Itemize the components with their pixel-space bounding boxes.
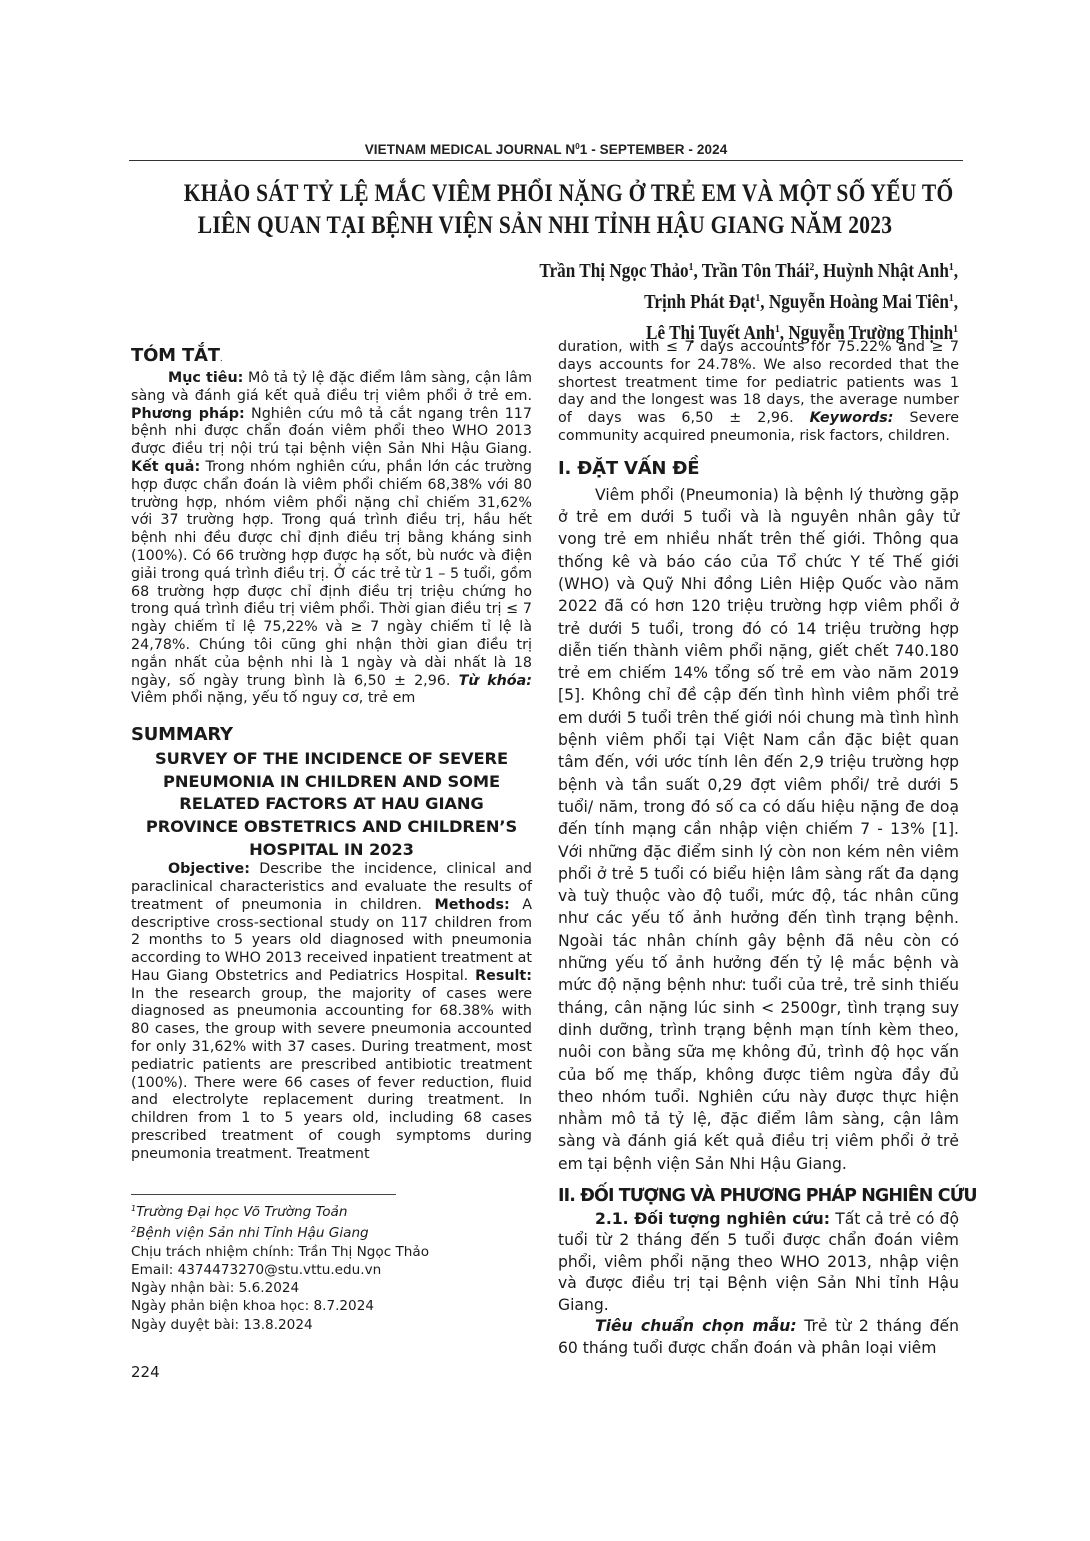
journal-running-header: VIETNAM MEDICAL JOURNAL N01 - SEPTEMBER … <box>129 142 963 157</box>
summary-heading: SUMMARY <box>131 724 532 746</box>
author-name: Huỳnh Nhật Anh <box>823 261 949 282</box>
received-date: Ngày nhận bài: 5.6.2024 <box>131 1279 531 1297</box>
results-text-en: In the research group, the majority of c… <box>131 986 532 1162</box>
english-title-line: RELATED FACTORS AT HAU GIANG <box>131 793 532 816</box>
footnote-rule <box>131 1194 396 1195</box>
author-name: Trịnh Phát Đạt <box>644 292 755 313</box>
author-list: Trần Thị Ngọc Thảo1, Trần Tôn Thái2, Huỳ… <box>358 254 958 347</box>
author-name: Trần Tôn Thái <box>702 261 810 282</box>
english-title-line: SURVEY OF THE INCIDENCE OF SEVERE <box>131 748 532 771</box>
article-title-line-2: LIÊN QUAN TẠI BỆNH VIỆN SẢN NHI TỈNH HẬU… <box>184 210 906 242</box>
author-line-1: Trần Thị Ngọc Thảo1, Trần Tôn Thái2, Huỳ… <box>430 254 958 285</box>
section-1-heading: I. ĐẶT VẤN ĐỀ <box>558 458 959 480</box>
selection-criteria-paragraph: Tiêu chuẩn chọn mẫu: Trẻ từ 2 tháng đến … <box>558 1316 959 1359</box>
english-title-line: PNEUMONIA IN CHILDREN AND SOME <box>131 771 532 794</box>
english-title-line: PROVINCE OBSTETRICS AND CHILDREN’S <box>131 816 532 839</box>
selection-criteria-label: Tiêu chuẩn chọn mẫu: <box>595 1317 797 1335</box>
tom-tat-heading: TÓM TẮT. <box>131 345 532 370</box>
methods-label-vi: Phương pháp: <box>131 406 245 422</box>
journal-page: VIETNAM MEDICAL JOURNAL N01 - SEPTEMBER … <box>0 0 1090 1541</box>
affiliation-2: 2Bệnh viện Sản nhi Tỉnh Hậu Giang <box>131 1221 531 1242</box>
objective-label-en: Objective: <box>168 861 250 877</box>
author-separator: , <box>814 261 823 282</box>
english-title: SURVEY OF THE INCIDENCE OF SEVERE PNEUMO… <box>131 748 532 861</box>
accepted-date: Ngày duyệt bài: 13.8.2024 <box>131 1316 531 1334</box>
right-column: duration, with ≤ 7 days accounts for 75.… <box>558 339 959 1359</box>
left-column: TÓM TẮT. Mục tiêu: Mô tả tỷ lệ đặc điểm … <box>131 345 532 1164</box>
methods-label-en: Methods: <box>434 897 509 913</box>
corresponding-author: Chịu trách nhiệm chính: Trần Thị Ngọc Th… <box>131 1243 531 1261</box>
footnotes: 1Trường Đại học Võ Trường Toản 2Bệnh việ… <box>131 1200 531 1334</box>
issue-date: 1 - SEPTEMBER - 2024 <box>580 142 728 157</box>
tom-tat-heading-text: TÓM TẮT <box>131 345 220 366</box>
author-name: Nguyễn Hoàng Mai Tiên <box>769 292 949 313</box>
page-number: 224 <box>131 1363 160 1381</box>
results-label-vi: Kết quả: <box>131 459 200 475</box>
review-date: Ngày phản biện khoa học: 8.7.2024 <box>131 1297 531 1315</box>
author-line-2: Trịnh Phát Đạt1, Nguyễn Hoàng Mai Tiên1, <box>430 285 958 316</box>
author-separator: , <box>954 261 958 282</box>
section-2-heading: II. ĐỐI TƯỢNG VÀ PHƯƠNG PHÁP NGHIÊN CỨU <box>558 1185 947 1207</box>
section-1-body: Viêm phổi (Pneumonia) là bệnh lý thường … <box>558 484 959 1175</box>
vietnamese-abstract: Mục tiêu: Mô tả tỷ lệ đặc điểm lâm sàng,… <box>131 370 532 708</box>
author-email: Email: 4374473270@stu.vttu.edu.vn <box>131 1261 531 1279</box>
affiliation-text: Bệnh viện Sản nhi Tỉnh Hậu Giang <box>136 1225 369 1241</box>
author-name: Trần Thị Ngọc Thảo <box>539 261 688 282</box>
keywords-label-en: Keywords: <box>810 410 894 426</box>
section-2-1-paragraph: 2.1. Đối tượng nghiên cứu: Tất cả trẻ có… <box>558 1209 959 1317</box>
affiliation-marker: 1 <box>953 323 958 335</box>
english-abstract: Objective: Describe the incidence, clini… <box>131 861 532 1164</box>
keywords-label-vi: Từ khóa: <box>459 673 532 689</box>
article-title-line-1: KHẢO SÁT TỶ LỆ MẮC VIÊM PHỔI NẶNG Ở TRẺ … <box>184 178 906 210</box>
heading-dot: . <box>220 354 223 364</box>
results-label-en: Result: <box>475 968 532 984</box>
author-separator: , <box>760 292 769 313</box>
affiliation-1: 1Trường Đại học Võ Trường Toản <box>131 1200 531 1221</box>
author-separator: , <box>954 292 958 313</box>
subsection-2-1-label: 2.1. Đối tượng nghiên cứu: <box>595 1210 830 1228</box>
keywords-text-vi: Viêm phổi nặng, yếu tố nguy cơ, trẻ em <box>131 690 415 706</box>
article-title: KHẢO SÁT TỶ LỆ MẮC VIÊM PHỔI NẶNG Ở TRẺ … <box>184 178 906 242</box>
objective-label-vi: Mục tiêu: <box>168 370 243 386</box>
results-text-vi: Trong nhóm nghiên cứu, phần lớn các trườ… <box>131 459 532 689</box>
english-abstract-continued: duration, with ≤ 7 days accounts for 75.… <box>558 339 959 446</box>
header-rule <box>129 160 963 161</box>
english-title-line: HOSPITAL IN 2023 <box>131 839 532 862</box>
journal-name: VIETNAM MEDICAL JOURNAL N <box>365 142 576 157</box>
affiliation-text: Trường Đại học Võ Trường Toản <box>136 1204 347 1220</box>
author-separator: , <box>693 261 701 282</box>
